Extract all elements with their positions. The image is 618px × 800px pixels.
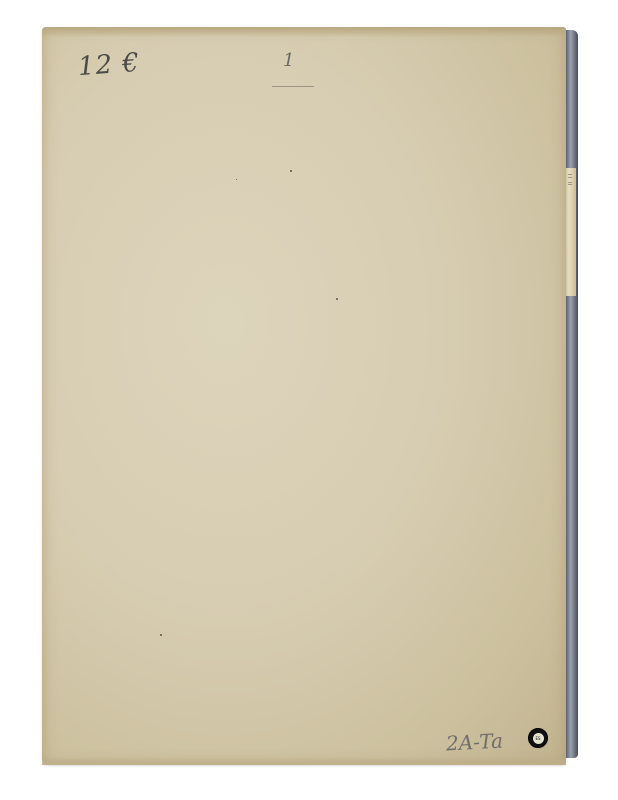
price-annotation: 12 € bbox=[77, 48, 141, 82]
paper-speck bbox=[160, 634, 162, 636]
stamp-text: ES bbox=[533, 733, 544, 744]
circular-seal-icon: ES bbox=[528, 728, 548, 748]
paper-speck bbox=[290, 170, 292, 172]
signature-annotation: 2A-Ta bbox=[445, 729, 503, 756]
spine-label-text: II II bbox=[566, 174, 572, 187]
paper-speck bbox=[336, 298, 338, 300]
paper-speck bbox=[236, 179, 237, 180]
book-back-cover bbox=[42, 27, 566, 765]
pencil-mark: 1 bbox=[283, 50, 294, 71]
pencil-underline bbox=[272, 86, 314, 87]
